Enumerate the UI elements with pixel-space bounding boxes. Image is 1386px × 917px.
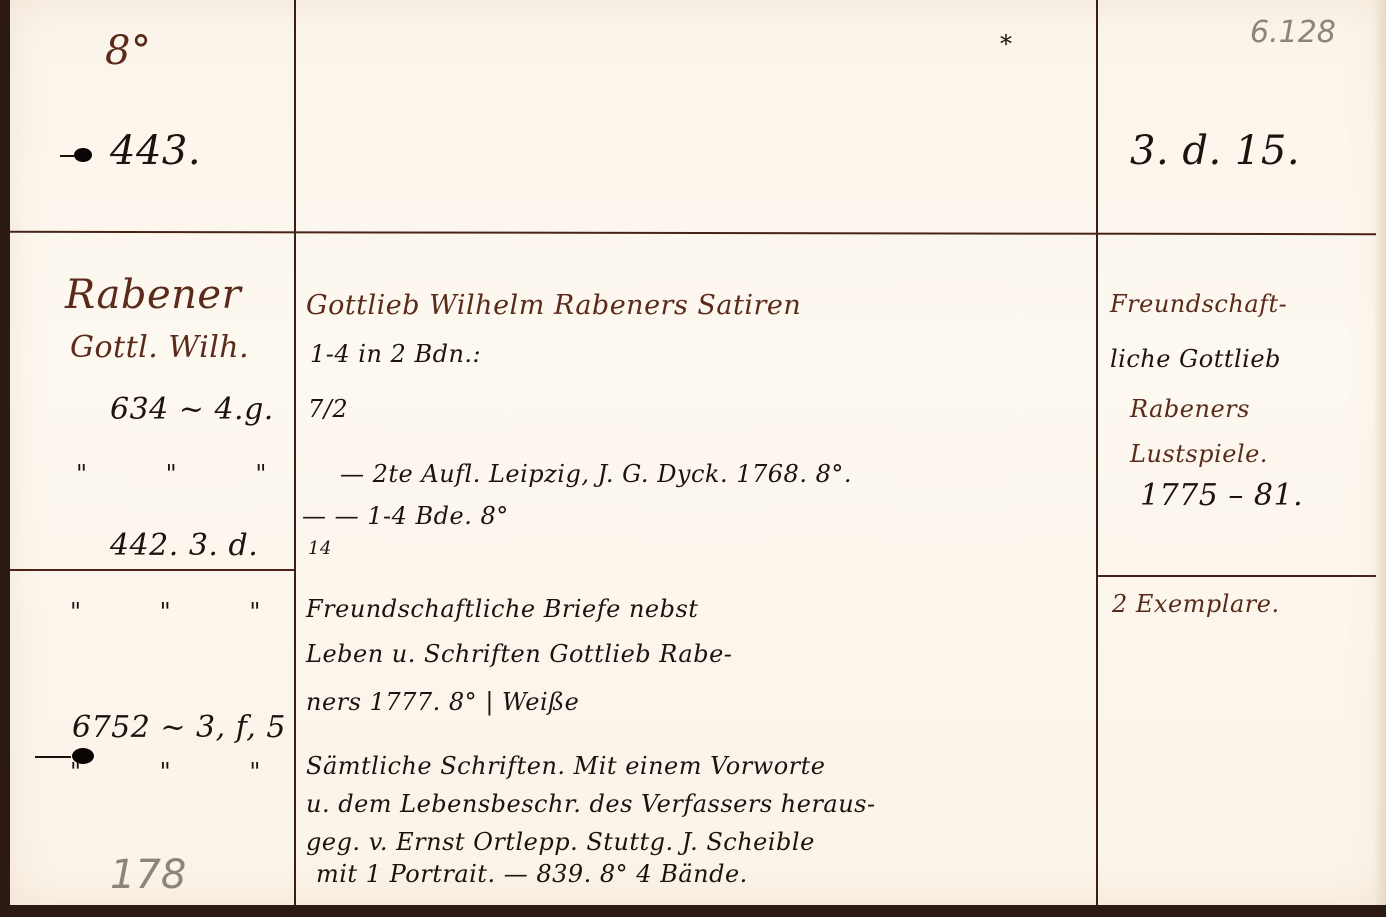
description-line: Freundschaftliche Briefe nebst (306, 595, 698, 623)
description-line: 7/2 (308, 395, 348, 423)
left-ref-2: " " " (76, 460, 267, 488)
column-divider-right (1096, 0, 1098, 905)
left-ref-ditto: " " " (70, 598, 261, 626)
left-ref-1: 634 ~ 4.g. (110, 392, 274, 427)
description-line: Sämtliche Schriften. Mit einem Vorworte (306, 752, 825, 780)
description-line: 14 (308, 538, 332, 559)
description-line: mit 1 Portrait. — 839. 8° 4 Bände. (316, 860, 748, 888)
star-mark: * (1000, 30, 1012, 58)
card-edge-shading (1374, 0, 1386, 905)
pencil-reference-top: 6.128 (1250, 15, 1336, 50)
author-given-names: Gottl. Wilh. (70, 330, 249, 365)
right-note: liche Gottlieb (1110, 345, 1281, 373)
description-line: — 2te Aufl. Leipzig, J. G. Dyck. 1768. 8… (340, 460, 852, 488)
author-surname: Rabener (65, 272, 241, 318)
shelf-number: 443. (110, 128, 201, 174)
row-divider-left-mid (10, 569, 294, 571)
pencil-reference-bottom: 178 (110, 852, 186, 898)
description-line: u. dem Lebensbeschr. des Verfassers hera… (306, 790, 876, 818)
right-note: Freundschaft- (1110, 290, 1287, 318)
ink-blot (74, 148, 92, 162)
left-ref-ditto: " " " (70, 758, 261, 786)
left-ref-number: 6752 ~ 3, f, 5 (72, 710, 286, 745)
right-note: Lustspiele. (1130, 440, 1268, 468)
description-line: geg. v. Ernst Ortlepp. Stuttg. J. Scheib… (306, 828, 815, 856)
row-divider-top (10, 231, 1376, 235)
right-note: Rabeners (1130, 395, 1250, 423)
catalogue-card: 6.128 * 8° 443. 3. d. 15. Rabener Gottl.… (10, 0, 1386, 905)
right-note: 2 Exemplare. (1112, 590, 1280, 618)
right-signature: 3. d. 15. (1130, 128, 1300, 174)
column-divider-left (294, 0, 296, 905)
right-note: 1775 – 81. (1140, 478, 1303, 513)
row-divider-right-mid (1096, 575, 1376, 577)
description-line: 1-4 in 2 Bdn.: (310, 340, 481, 368)
left-ref-3: 442. 3. d. (110, 528, 258, 563)
ink-dash (35, 756, 71, 758)
description-line: — — 1-4 Bde. 8° (302, 502, 509, 530)
format-label: 8° (105, 28, 151, 74)
description-line: Leben u. Schriften Gottlieb Rabe- (306, 640, 732, 668)
description-line: ners 1777. 8° | Weiße (306, 688, 579, 716)
description-line: Gottlieb Wilhelm Rabeners Satiren (306, 290, 801, 321)
ink-dash (60, 155, 74, 157)
